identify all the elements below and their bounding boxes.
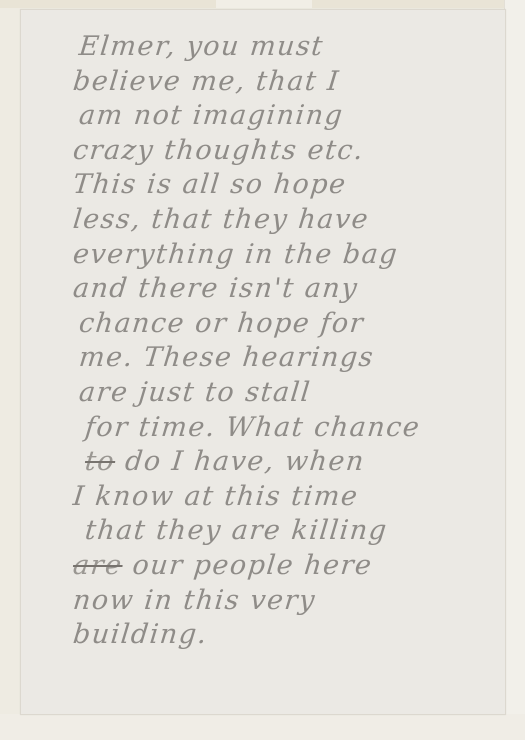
letter-page: Elmer, you must believe me, that I am no… (20, 9, 506, 715)
text-line: chance or hope for (67, 307, 511, 342)
text-line-content: do I have, when (114, 446, 367, 477)
text-line: believe me, that I (67, 65, 511, 100)
text-line: Elmer, you must (67, 30, 511, 65)
text-line: are just to stall (67, 376, 511, 411)
text-line: less, that they have (67, 203, 511, 238)
text-line: everything in the bag (67, 238, 511, 273)
crossed-out-word: to (83, 446, 116, 477)
text-line: crazy thoughts etc. (67, 134, 511, 169)
mat-top-gap (216, 0, 312, 8)
text-line: I know at this time (67, 480, 511, 515)
text-line: to do I have, when (67, 445, 511, 480)
mat-bottom-edge (0, 714, 525, 740)
text-line: This is all so hope (67, 168, 511, 203)
text-line: that they are killing (67, 514, 511, 549)
text-line: am not imagining (67, 99, 511, 134)
text-line: building. (67, 618, 511, 653)
text-line: for time. What chance (67, 411, 511, 446)
crossed-out-word: are (71, 550, 124, 581)
text-line: me. These hearings (67, 341, 511, 376)
text-line: are our people here (67, 549, 511, 584)
text-line: and there isn't any (67, 272, 511, 307)
text-line-content: our people here (121, 550, 374, 581)
handwritten-text-block: Elmer, you must believe me, that I am no… (69, 30, 509, 653)
text-line: now in this very (67, 584, 511, 619)
